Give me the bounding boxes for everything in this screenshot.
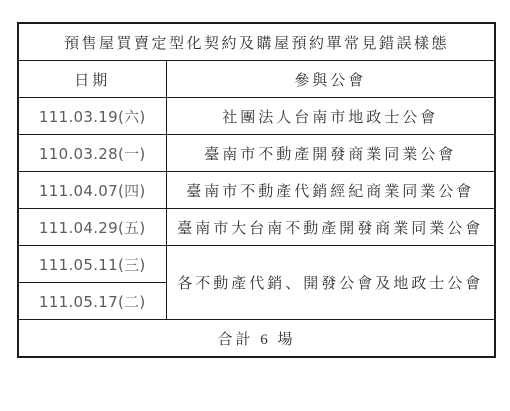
date-cell: 111.04.07(四) xyxy=(18,172,166,209)
association-cell: 社團法人台南市地政士公會 xyxy=(166,98,495,135)
total-cell: 合計 6 場 xyxy=(18,320,495,358)
association-cell-merged: 各不動產代銷、開發公會及地政士公會 xyxy=(166,246,495,320)
association-cell: 臺南市大台南不動產開發商業同業公會 xyxy=(166,209,495,246)
date-cell: 111.04.29(五) xyxy=(18,209,166,246)
seminar-schedule-table: 預售屋買賣定型化契約及購屋預約單常見錯誤樣態 日期 參與公會 111.03.19… xyxy=(17,22,496,358)
association-cell: 臺南市不動產代銷經紀商業同業公會 xyxy=(166,172,495,209)
date-cell: 111.05.11(三) xyxy=(18,246,166,283)
column-header-association: 參與公會 xyxy=(166,61,495,98)
date-cell: 111.03.19(六) xyxy=(18,98,166,135)
title-row: 預售屋買賣定型化契約及購屋預約單常見錯誤樣態 xyxy=(18,23,495,61)
table-row: 111.03.19(六) 社團法人台南市地政士公會 xyxy=(18,98,495,135)
table-row: 110.03.28(一) 臺南市不動產開發商業同業公會 xyxy=(18,135,495,172)
table-row: 111.04.07(四) 臺南市不動產代銷經紀商業同業公會 xyxy=(18,172,495,209)
header-row: 日期 參與公會 xyxy=(18,61,495,98)
document-page: 預售屋買賣定型化契約及購屋預約單常見錯誤樣態 日期 參與公會 111.03.19… xyxy=(0,0,510,411)
total-row: 合計 6 場 xyxy=(18,320,495,358)
date-cell: 111.05.17(二) xyxy=(18,283,166,320)
column-header-date: 日期 xyxy=(18,61,166,98)
date-cell: 110.03.28(一) xyxy=(18,135,166,172)
table-title: 預售屋買賣定型化契約及購屋預約單常見錯誤樣態 xyxy=(18,23,495,61)
table-row: 111.05.11(三) 各不動產代銷、開發公會及地政士公會 xyxy=(18,246,495,283)
table-row: 111.04.29(五) 臺南市大台南不動產開發商業同業公會 xyxy=(18,209,495,246)
association-cell: 臺南市不動產開發商業同業公會 xyxy=(166,135,495,172)
